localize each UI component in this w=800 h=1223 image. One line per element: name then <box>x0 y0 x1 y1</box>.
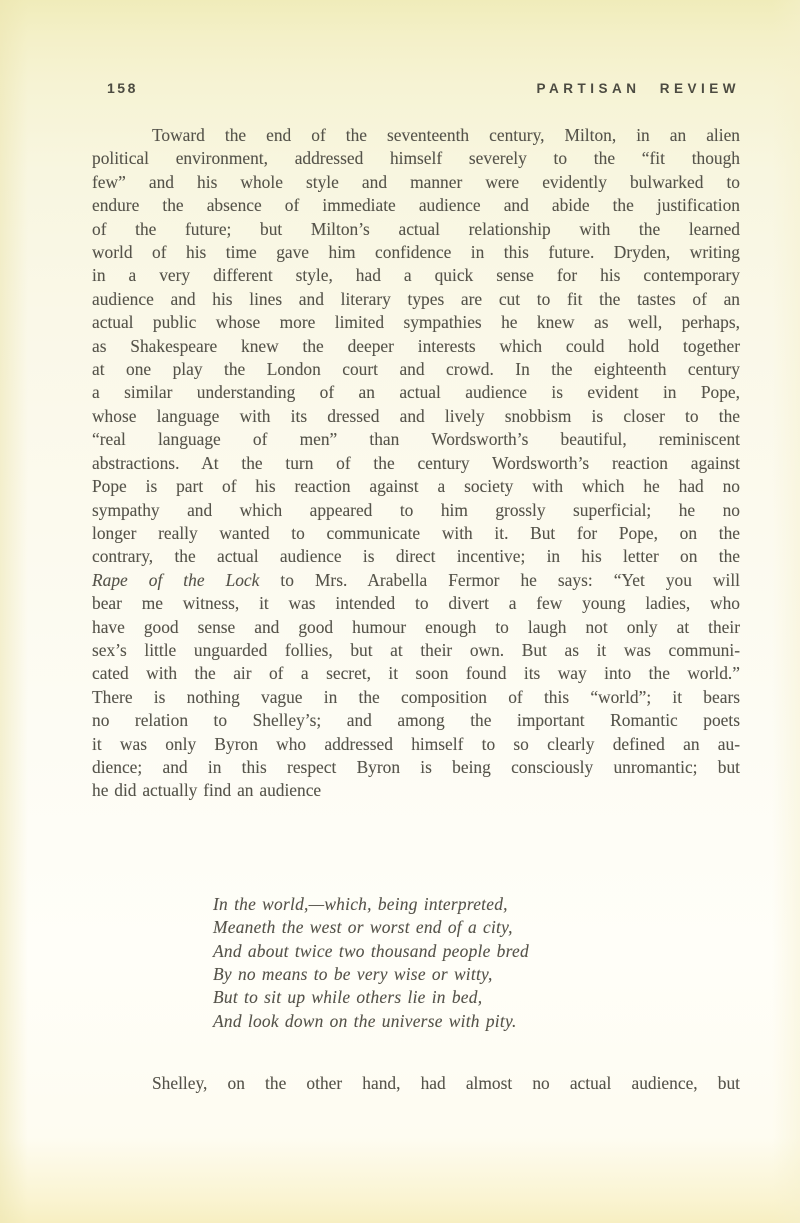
text-line: longer really wanted to communicate with… <box>92 522 740 545</box>
text-line: whose language with its dressed and live… <box>92 405 740 428</box>
text-line: Pope is part of his reaction against a s… <box>92 475 740 498</box>
text-line: cated with the air of a secret, it soon … <box>92 662 740 685</box>
text-line: in a very different style, had a quick s… <box>92 264 740 287</box>
poem-line: But to sit up while others lie in bed, <box>213 986 740 1009</box>
text-line: contrary, the actual audience is direct … <box>92 545 740 568</box>
magazine-page: 158 PARTISAN REVIEW Toward the end of th… <box>0 0 800 1223</box>
paragraph-closing: Shelley, on the other hand, had almost n… <box>92 1072 740 1095</box>
text-line: it was only Byron who addressed himself … <box>92 733 740 756</box>
text-line: world of his time gave him confidence in… <box>92 241 740 264</box>
text-line: There is nothing vague in the compositio… <box>92 686 740 709</box>
text-line: have good sense and good humour enough t… <box>92 616 740 639</box>
poem-line: And look down on the universe with pity. <box>213 1010 740 1033</box>
text-line: no relation to Shelley’s; and among the … <box>92 709 740 732</box>
text-line: a similar understanding of an actual aud… <box>92 381 740 404</box>
text-line: he did actually find an audience <box>92 779 740 802</box>
text-line: few” and his whole style and manner were… <box>92 171 740 194</box>
text-line: abstractions. At the turn of the century… <box>92 452 740 475</box>
text-line: Shelley, on the other hand, had almost n… <box>92 1072 740 1095</box>
text-line: bear me witness, it was intended to dive… <box>92 592 740 615</box>
poem-line: And about twice two thousand people bred <box>213 940 740 963</box>
body-text: Toward the end of the seventeenth centur… <box>92 124 740 1096</box>
page-number: 158 <box>92 80 138 96</box>
text-line: of the future; but Milton’s actual relat… <box>92 218 740 241</box>
running-head: 158 PARTISAN REVIEW <box>92 80 740 96</box>
text-line: at one play the London court and crowd. … <box>92 358 740 381</box>
poem-line: By no means to be very wise or witty, <box>213 963 740 986</box>
journal-title: PARTISAN REVIEW <box>536 81 740 96</box>
text-line: Rape of the Lock to Mrs. Arabella Fermor… <box>92 569 740 592</box>
text-line: dience; and in this respect Byron is bei… <box>92 756 740 779</box>
text-line: as Shakespeare knew the deeper interests… <box>92 335 740 358</box>
text-line: audience and his lines and literary type… <box>92 288 740 311</box>
text-line: endure the absence of immediate audience… <box>92 194 740 217</box>
poem-line: In the world,—which, being interpreted, <box>213 893 740 916</box>
poem-quotation: In the world,—which, being interpreted,M… <box>213 893 740 1033</box>
paragraph-main: Toward the end of the seventeenth centur… <box>92 124 740 803</box>
text-line: sex’s little unguarded follies, but at t… <box>92 639 740 662</box>
text-line: sympathy and which appeared to him gross… <box>92 499 740 522</box>
text-line: actual public whose more limited sympath… <box>92 311 740 334</box>
poem-line: Meaneth the west or worst end of a city, <box>213 916 740 939</box>
text-line: Toward the end of the seventeenth centur… <box>92 124 740 147</box>
text-line: political environment, addressed himself… <box>92 147 740 170</box>
text-line: “real language of men” than Wordsworth’s… <box>92 428 740 451</box>
